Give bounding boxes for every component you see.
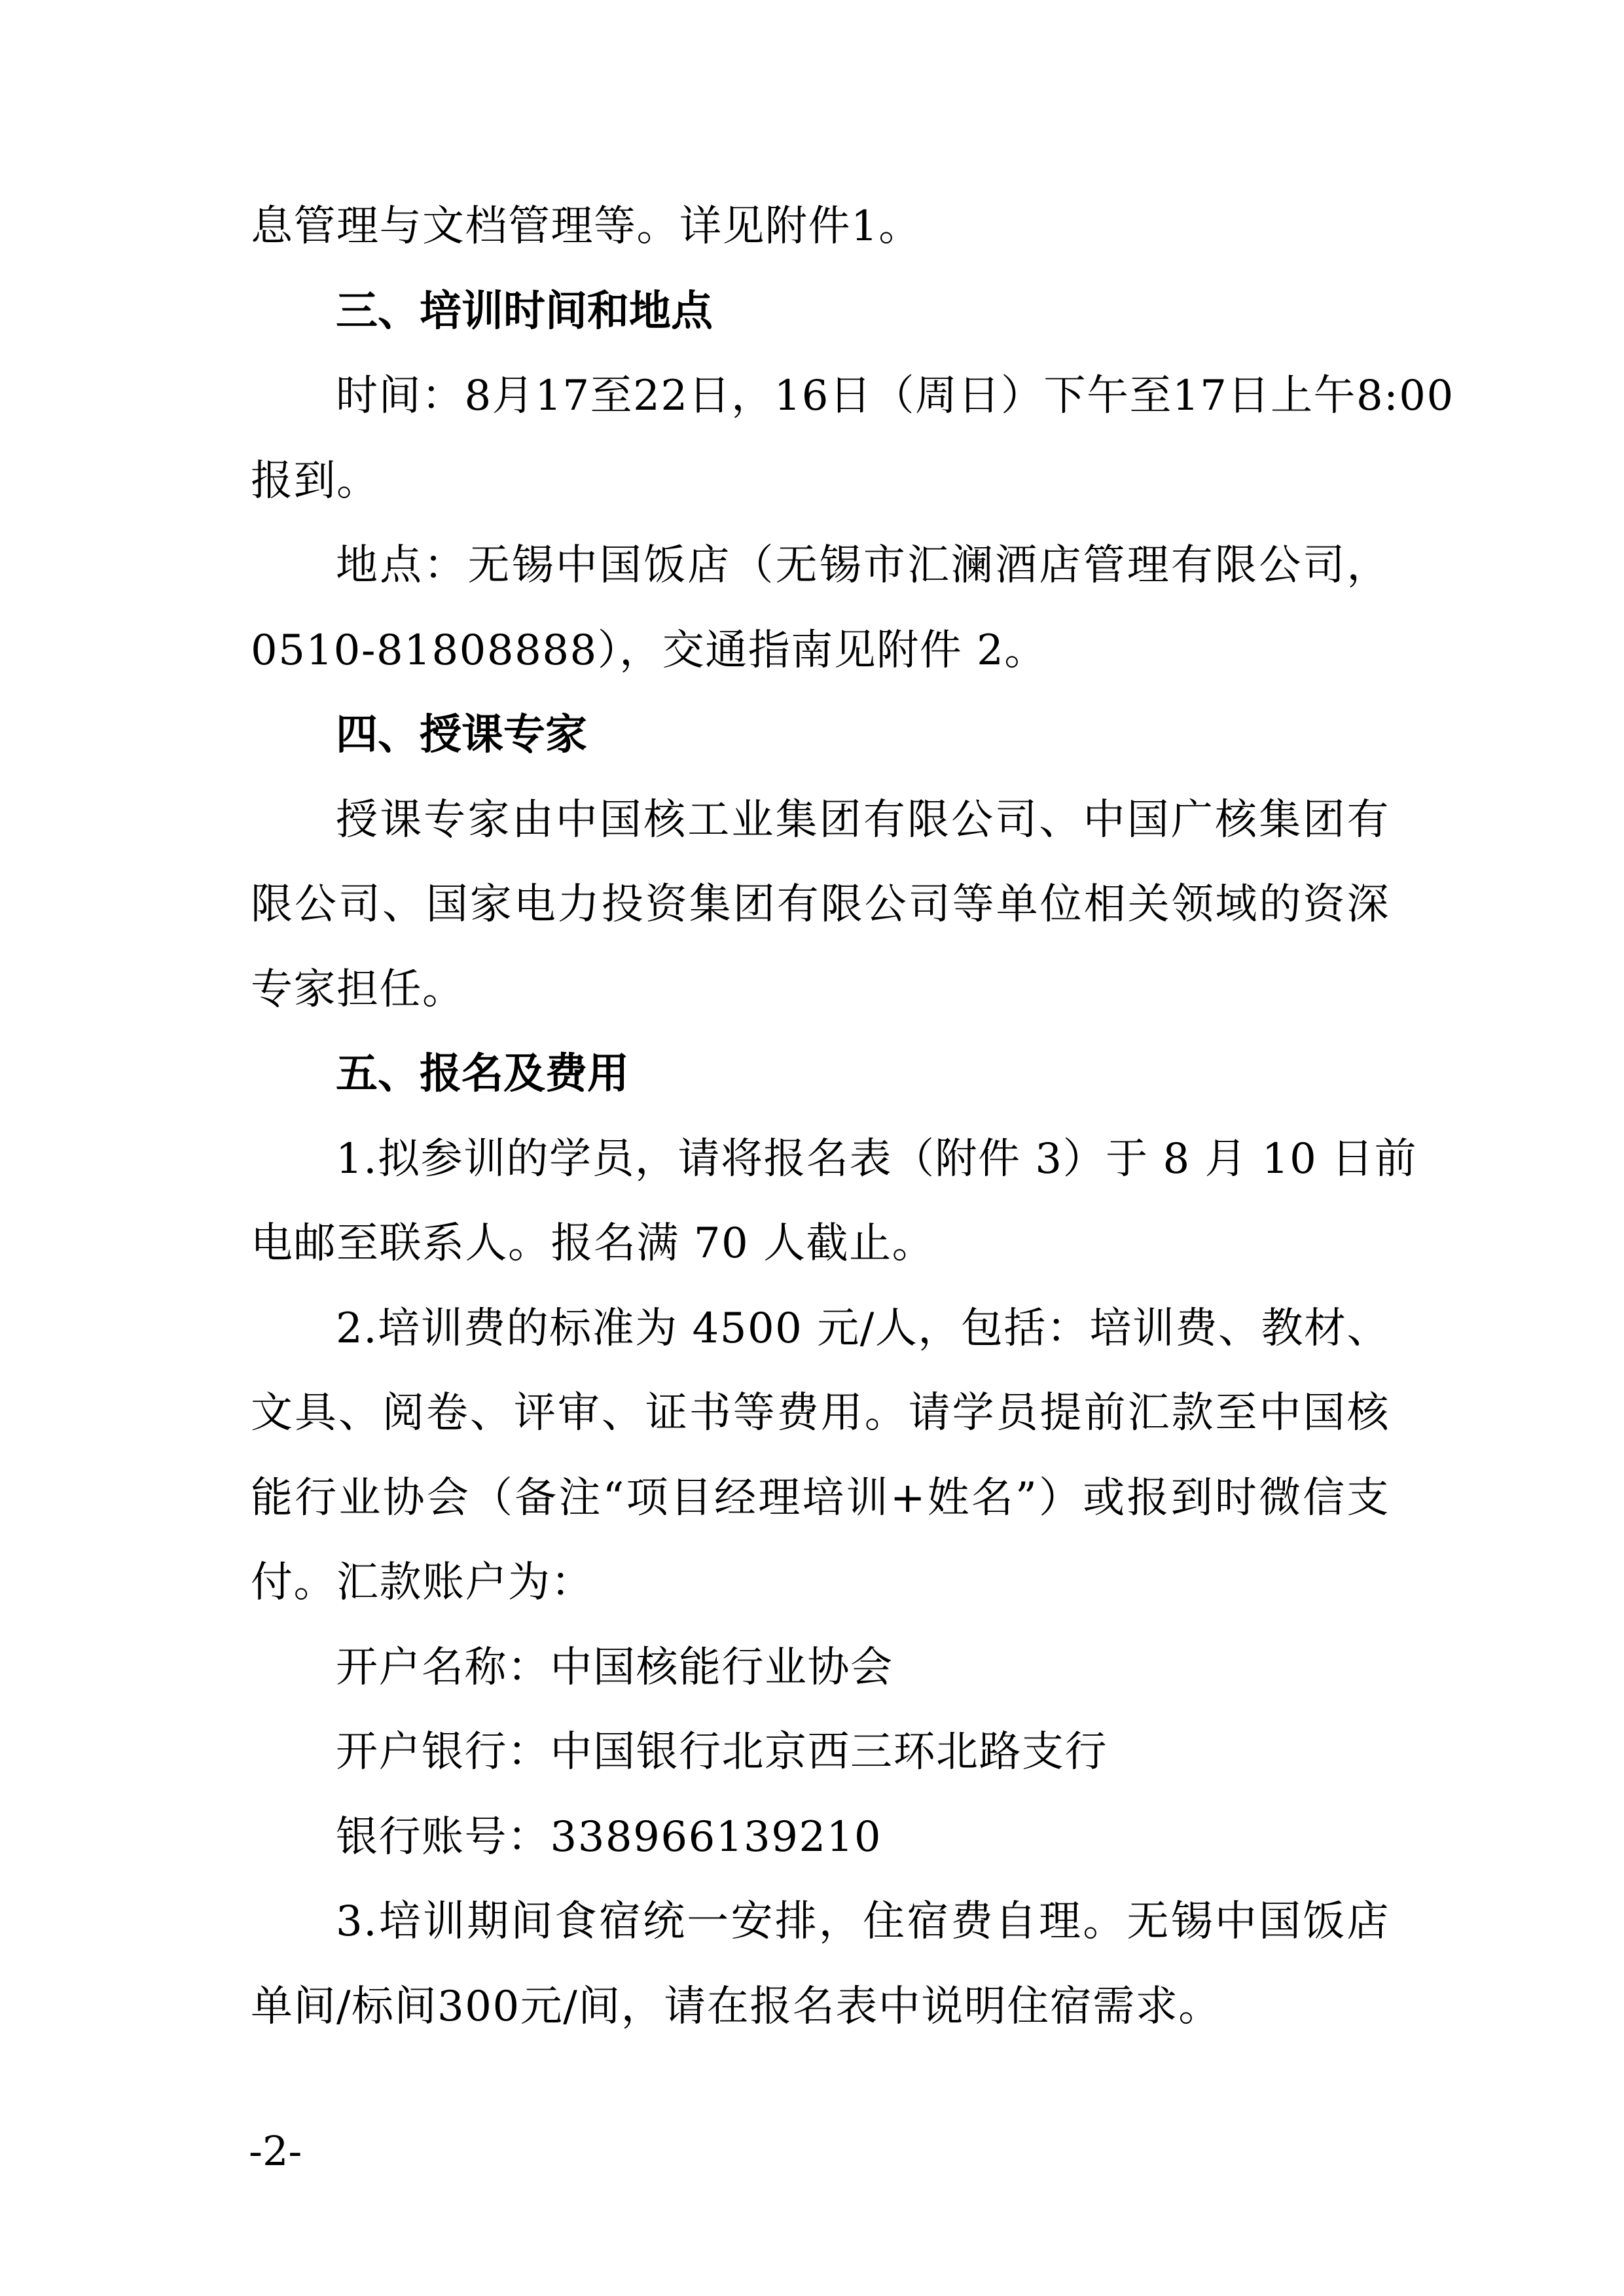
paragraph-line-item-1: 1.拟参训的学员，请将报名表（附件 3）于 8 月 10 日前 [251, 1117, 1390, 1202]
section-heading-instructors: 四、授课专家 [251, 693, 1390, 778]
account-bank: 开户银行：中国银行北京西三环北路支行 [251, 1710, 1390, 1795]
document-body: 息管理与文档管理等。详见附件1。 三、培训时间和地点 时间：8月17至22日，1… [251, 185, 1390, 2049]
paragraph-line: 限公司、国家电力投资集团有限公司等单位相关领域的资深 [251, 863, 1390, 948]
paragraph-line: 电邮至联系人。报名满 70 人截止。 [251, 1202, 1390, 1287]
section-heading-registration-fees: 五、报名及费用 [251, 1032, 1390, 1117]
paragraph-line: 息管理与文档管理等。详见附件1。 [251, 185, 1390, 270]
paragraph-line-instructors: 授课专家由中国核工业集团有限公司、中国广核集团有 [251, 778, 1390, 863]
paragraph-line: 文具、阅卷、评审、证书等费用。请学员提前汇款至中国核 [251, 1371, 1390, 1456]
section-heading-training-time-place: 三、培训时间和地点 [251, 270, 1390, 355]
paragraph-line: 报到。 [251, 439, 1390, 524]
account-name: 开户名称：中国核能行业协会 [251, 1626, 1390, 1711]
paragraph-line: 单间/标间300元/间，请在报名表中说明住宿需求。 [251, 1965, 1390, 2050]
paragraph-line-item-2: 2.培训费的标准为 4500 元/人，包括：培训费、教材、 [251, 1287, 1390, 1372]
paragraph-line-time: 时间：8月17至22日，16日（周日）下午至17日上午8:00 [251, 354, 1390, 439]
paragraph-line: 0510-81808888），交通指南见附件 2。 [251, 609, 1390, 694]
paragraph-line: 能行业协会（备注“项目经理培训+姓名”）或报到时微信支 [251, 1456, 1390, 1541]
page-number: -2- [249, 2127, 302, 2175]
account-number: 银行账号：338966139210 [251, 1795, 1390, 1880]
paragraph-line-item-3: 3.培训期间食宿统一安排，住宿费自理。无锡中国饭店 [251, 1880, 1390, 1965]
paragraph-line: 付。汇款账户为： [251, 1541, 1390, 1626]
paragraph-line-location: 地点：无锡中国饭店（无锡市汇澜酒店管理有限公司， [251, 524, 1390, 609]
paragraph-line: 专家担任。 [251, 948, 1390, 1033]
